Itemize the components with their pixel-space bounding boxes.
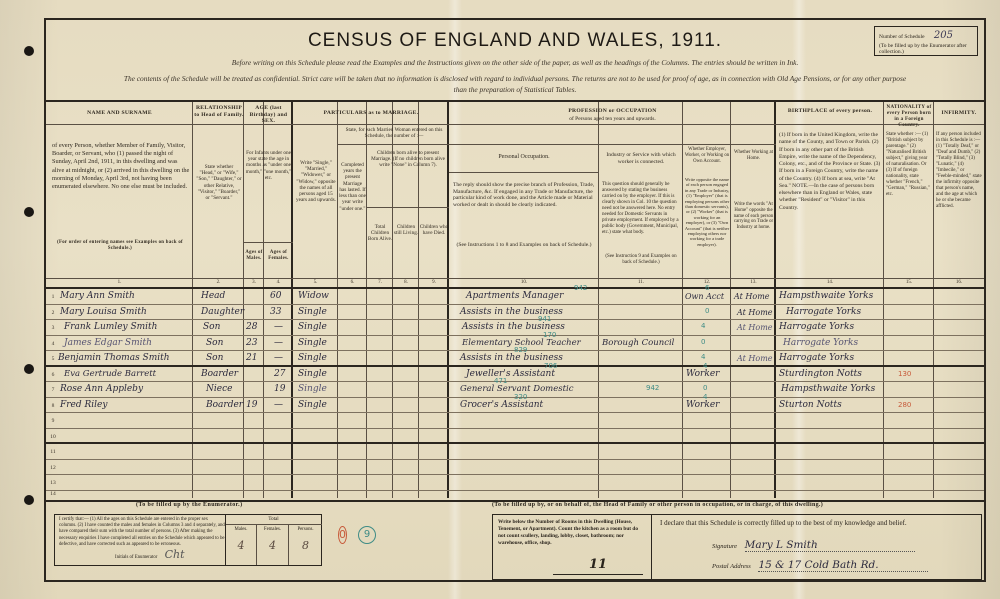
age-female-cell: 19: [274, 382, 285, 397]
header-profession-sub: of Persons aged ten years and upwards.: [449, 116, 776, 123]
page-title: CENSUS OF ENGLAND AND WALES, 1911.: [46, 30, 984, 52]
header-age-desc: For Infants under one year state the age…: [245, 150, 292, 181]
initials-value: Cht: [165, 548, 185, 561]
condition-cell: Single: [298, 305, 327, 320]
row-number: 3: [48, 325, 58, 331]
column-number: 11.: [599, 280, 683, 285]
rooms-instructions: Write below the Number of Rooms in this …: [498, 519, 646, 547]
persons-count: 8: [289, 539, 322, 553]
row-number: 14: [48, 491, 58, 497]
column-number: 15.: [884, 280, 934, 285]
row-number: 2: [48, 310, 58, 316]
signature-value: Mary L Smith: [745, 539, 915, 552]
total-persons: Persons. 8: [288, 525, 322, 565]
header-personal-occupation: Personal Occupation.: [449, 154, 599, 161]
header-nationality-desc: State whether :— (1) "British subject by…: [886, 132, 932, 198]
relationship-cell: Daughter: [201, 305, 244, 320]
total-males: Males. 4: [226, 525, 256, 565]
header-employer-desc: Write opposite the name of each person e…: [684, 177, 730, 247]
header-rule: [46, 278, 984, 279]
age-female-cell: —: [274, 351, 283, 366]
table-row: 2 Mary Louisa Smith Daughter 33 Single A…: [46, 305, 984, 321]
header-condition-desc: Write "Single," "Married," "Widower," or…: [295, 160, 337, 204]
row-number: 4: [48, 341, 58, 347]
header-relationship-desc: State whether "Head," or "Wife," "Son," …: [196, 164, 242, 201]
occupation-code: 829: [514, 346, 527, 354]
row-number: 1: [48, 294, 58, 300]
birthplace-code: 130: [898, 370, 911, 378]
employer-code: 4: [701, 322, 705, 330]
punch-hole: [24, 207, 34, 217]
header-birthplace: BIRTHPLACE of every person.: [776, 108, 884, 115]
row-number: 10: [48, 434, 58, 440]
birthplace-cell: Sturdington Notts: [779, 367, 862, 382]
employer-code: 0: [705, 307, 709, 315]
table-row: 5 Benjamin Thomas Smith Son 21 — Single …: [46, 351, 984, 367]
condition-cell: Single: [298, 351, 327, 366]
header-total-children: Total Children Born Alive.: [367, 224, 393, 243]
column-number: 16.: [934, 280, 984, 285]
red-annotation-mark: 0: [338, 526, 347, 544]
name-cell: Mary Louisa Smith: [60, 305, 147, 320]
declaration-text: I declare that this Schedule is correctl…: [660, 519, 973, 527]
birthplace-cell: Harrogate Yorks: [786, 305, 861, 320]
age-male-cell: 28: [246, 320, 257, 335]
age-male-cell: 19: [246, 398, 257, 413]
totals-box: Total Males. 4 Females. 4 Persons. 8: [225, 515, 321, 565]
row-number: 6: [48, 372, 58, 378]
header-name-desc: of every Person, whether Member of Famil…: [52, 142, 190, 191]
enumerator-certificate: I certify that:— (1) All the ages on thi…: [54, 514, 322, 566]
column-number: 9.: [419, 280, 449, 285]
name-cell: Frank Lumley Smith: [64, 320, 157, 335]
certificate-text: I certify that:— (1) All the ages on thi…: [59, 517, 225, 548]
header-age-females: Ages of Females.: [264, 250, 293, 262]
header-rule: [46, 124, 984, 125]
table-row: 13: [46, 475, 984, 491]
occupation-code: 471: [494, 377, 507, 385]
header-birthplace-desc: (1) If born in the United Kingdom, write…: [779, 132, 881, 212]
age-female-cell: 60: [270, 289, 281, 304]
schedule-number: 205: [934, 30, 953, 41]
header-married-woman: State, for each Married Woman entered on…: [340, 127, 448, 139]
row-number: 13: [48, 480, 58, 486]
enumerator-section-title: (To be filled up by the Enumerator.): [136, 502, 242, 508]
males-label: Males.: [226, 525, 256, 533]
row-number: 11: [48, 449, 58, 455]
birthplace-code: 280: [898, 401, 911, 409]
age-female-cell: 33: [270, 305, 281, 320]
header-name-note: (For order of entering names see Example…: [50, 240, 190, 252]
employer-code: 0: [703, 384, 707, 392]
birthplace-cell: Sturton Notts: [779, 398, 842, 413]
header-infirmity-desc: If any person included in this Schedule …: [936, 132, 982, 210]
birthplace-cell: Harrogate Yorks: [779, 320, 854, 335]
header-years-married: Completed years the present Marriage has…: [339, 162, 366, 212]
total-label: Total: [226, 517, 321, 524]
age-female-cell: 27: [274, 367, 285, 382]
occupier-section-title: (To be filled up by, or on behalf of, th…: [492, 502, 823, 508]
males-count: 4: [226, 539, 256, 553]
address-line: Postal Address 15 & 17 Cold Bath Rd.: [712, 559, 928, 572]
header-nationality: NATIONALITY of every Person born in a Fo…: [884, 105, 934, 129]
schedule-frame: CENSUS OF ENGLAND AND WALES, 1911. Befor…: [44, 18, 986, 582]
header-rule: [367, 207, 449, 208]
confidential-notice-cont: than the preparation of Statistical Tabl…: [46, 85, 984, 94]
employer-code: 4: [703, 362, 707, 370]
name-cell: Benjamin Thomas Smith: [58, 351, 170, 366]
table-row: 9: [46, 413, 984, 429]
name-cell: Fred Riley: [60, 398, 107, 413]
header-infirmity: INFIRMITY.: [934, 110, 984, 117]
column-number: 1.: [46, 280, 193, 285]
relationship-cell: Son: [203, 320, 220, 335]
header-marriage: PARTICULARS as to MARRIAGE.: [293, 110, 449, 117]
occupation-code: 320: [514, 393, 527, 401]
birthplace-cell: Harrogate Yorks: [783, 336, 858, 351]
header-industry-note: (See Instruction 9 and Examples on back …: [602, 254, 680, 266]
table-row: 6 Eva Gertrude Barrett Boarder 27 Single…: [46, 367, 984, 383]
industry-code: 942: [646, 384, 659, 392]
name-cell: Rose Ann Appleby: [60, 382, 143, 397]
industry-cell: Borough Council: [602, 336, 674, 351]
condition-cell: Widow: [298, 289, 329, 304]
employer-code: 0: [701, 338, 705, 346]
name-cell: Eva Gertrude Barrett: [64, 367, 156, 382]
header-at-home-desc: Write the words "At Home" opposite the n…: [732, 202, 775, 231]
relationship-cell: Son: [206, 351, 223, 366]
declaration-box: I declare that this Schedule is correctl…: [652, 514, 982, 580]
table-row: 12: [46, 460, 984, 476]
column-number: 3.: [244, 280, 264, 285]
row-number: 12: [48, 465, 58, 471]
name-cell: Mary Ann Smith: [60, 289, 135, 304]
table-row: 10: [46, 429, 984, 445]
birthplace-cell: Harrogate Yorks: [779, 351, 854, 366]
header-children-living: Children still Living.: [393, 224, 419, 236]
occupation-cell: Apartments Manager: [466, 289, 563, 304]
header-industry-desc: This question should generally be answer…: [602, 182, 680, 236]
condition-cell: Single: [298, 398, 327, 413]
employer-code: 6: [705, 284, 709, 292]
name-cell: James Edgar Smith: [64, 336, 152, 351]
column-number: 2.: [193, 280, 244, 285]
at-home-cell: At Home: [734, 289, 770, 304]
header-rule: [338, 144, 449, 145]
condition-cell: Single: [298, 320, 327, 335]
at-home-cell: At Home: [737, 351, 773, 366]
occupation-code: 941: [538, 315, 551, 323]
table-row: 14: [46, 491, 984, 500]
condition-cell: Single: [298, 336, 327, 351]
column-number: 13.: [731, 280, 776, 285]
address-value: 15 & 17 Cold Bath Rd.: [758, 559, 928, 572]
schedule-number-label: Number of Schedule: [879, 34, 925, 40]
punch-hole: [24, 46, 34, 56]
relationship-cell: Head: [201, 289, 225, 304]
table-body: 1 Mary Ann Smith Head 60 Widow Apartment…: [46, 289, 984, 500]
census-table: NAME AND SURNAME of every Person, whethe…: [46, 100, 984, 498]
birthplace-cell: Hampsthwaite Yorks: [779, 289, 873, 304]
females-count: 4: [257, 539, 288, 553]
schedule-footer: (To be filled up by the Enumerator.) I c…: [46, 500, 984, 582]
header-rule: [244, 242, 293, 243]
occupation-code: 170: [543, 331, 556, 339]
signature-label: Signature: [712, 543, 737, 550]
rooms-count: 11: [553, 557, 643, 575]
header-rule: [449, 172, 599, 173]
occupation-code: 942: [574, 284, 587, 292]
at-home-cell: At Home: [737, 305, 773, 320]
age-male-cell: 21: [246, 351, 257, 366]
age-female-cell: —: [274, 336, 283, 351]
table-row: 3 Frank Lumley Smith Son 28 — Single Ass…: [46, 320, 984, 336]
header-relationship: RELATIONSHIP to Head of Family.: [194, 105, 244, 118]
initials-label: Initials of Enumerator: [115, 555, 157, 560]
at-home-cell: At Home: [737, 320, 773, 335]
column-number: 7.: [367, 280, 393, 285]
age-male-cell: 23: [246, 336, 257, 351]
header-profession: PROFESSION or OCCUPATION: [449, 108, 776, 115]
row-number: 8: [48, 403, 58, 409]
header-children-died: Children who have Died.: [419, 224, 449, 236]
relationship-cell: Niece: [206, 382, 232, 397]
total-females: Females. 4: [256, 525, 288, 565]
schedule-number-box: Number of Schedule 205 (To be filled up …: [874, 26, 978, 56]
column-number: 5.: [293, 280, 338, 285]
row-number: 9: [48, 418, 58, 424]
row-number: 5: [48, 356, 58, 362]
instruction-line: Before writing on this Schedule please r…: [46, 58, 984, 67]
header-age: AGE (last Birthday) and SEX.: [244, 105, 293, 125]
punch-hole: [24, 364, 34, 374]
column-number: 8.: [393, 280, 419, 285]
column-number: 6.: [338, 280, 367, 285]
punch-hole: [24, 495, 34, 505]
confidential-notice: The contents of the Schedule will be tre…: [46, 74, 984, 83]
age-female-cell: —: [274, 320, 283, 335]
address-label: Postal Address: [712, 563, 751, 570]
header-name: NAME AND SURNAME: [46, 110, 193, 117]
header-industry: Industry or Service with which worker is…: [601, 152, 681, 165]
occupation-cell: Jeweller's Assistant: [466, 367, 555, 382]
column-number: 4.: [264, 280, 293, 285]
header-age-males: Ages of Males.: [244, 250, 264, 262]
relationship-cell: Boarder: [201, 367, 238, 382]
table-row: 1 Mary Ann Smith Head 60 Widow Apartment…: [46, 289, 984, 305]
header-rule: [449, 144, 776, 145]
relationship-cell: Boarder: [206, 398, 243, 413]
census-schedule-page: CENSUS OF ENGLAND AND WALES, 1911. Befor…: [0, 0, 1000, 599]
enumerator-initials: Initials of Enumerator Cht: [115, 548, 184, 562]
occupation-cell: Grocer's Assistant: [460, 398, 543, 413]
condition-cell: Single: [298, 367, 327, 382]
females-label: Females.: [257, 525, 288, 533]
employer-code: 4: [701, 353, 705, 361]
table-row: 8 Fred Riley Boarder 19 — Single Grocer'…: [46, 398, 984, 414]
persons-label: Persons.: [289, 525, 322, 533]
age-female-cell: —: [274, 398, 283, 413]
row-number: 7: [48, 387, 58, 393]
header-personal-desc: The reply should show the precise branch…: [453, 182, 595, 209]
schedule-number-note: (To be filled up by the Enumerator after…: [879, 43, 967, 56]
employer-code: 4: [703, 393, 707, 401]
birthplace-cell: Hampsthwaite Yorks: [781, 382, 875, 397]
column-number: 14.: [776, 280, 884, 285]
condition-cell: Single: [298, 382, 327, 397]
green-annotation-mark: 9: [358, 526, 376, 544]
relationship-cell: Son: [206, 336, 223, 351]
header-employer: Whether Employer, Worker, or Working on …: [684, 147, 730, 164]
table-row: 11: [46, 444, 984, 460]
header-at-home: Whether Working at Home.: [732, 150, 775, 162]
rooms-box: Write below the Number of Rooms in this …: [492, 514, 652, 580]
signature-line: Signature Mary L Smith: [712, 539, 915, 552]
header-personal-note: (See Instructions 1 to 8 and Examples on…: [453, 242, 595, 249]
occupation-code: 706: [544, 362, 557, 370]
header-children: Children born alive to present Marriage.…: [368, 150, 448, 169]
